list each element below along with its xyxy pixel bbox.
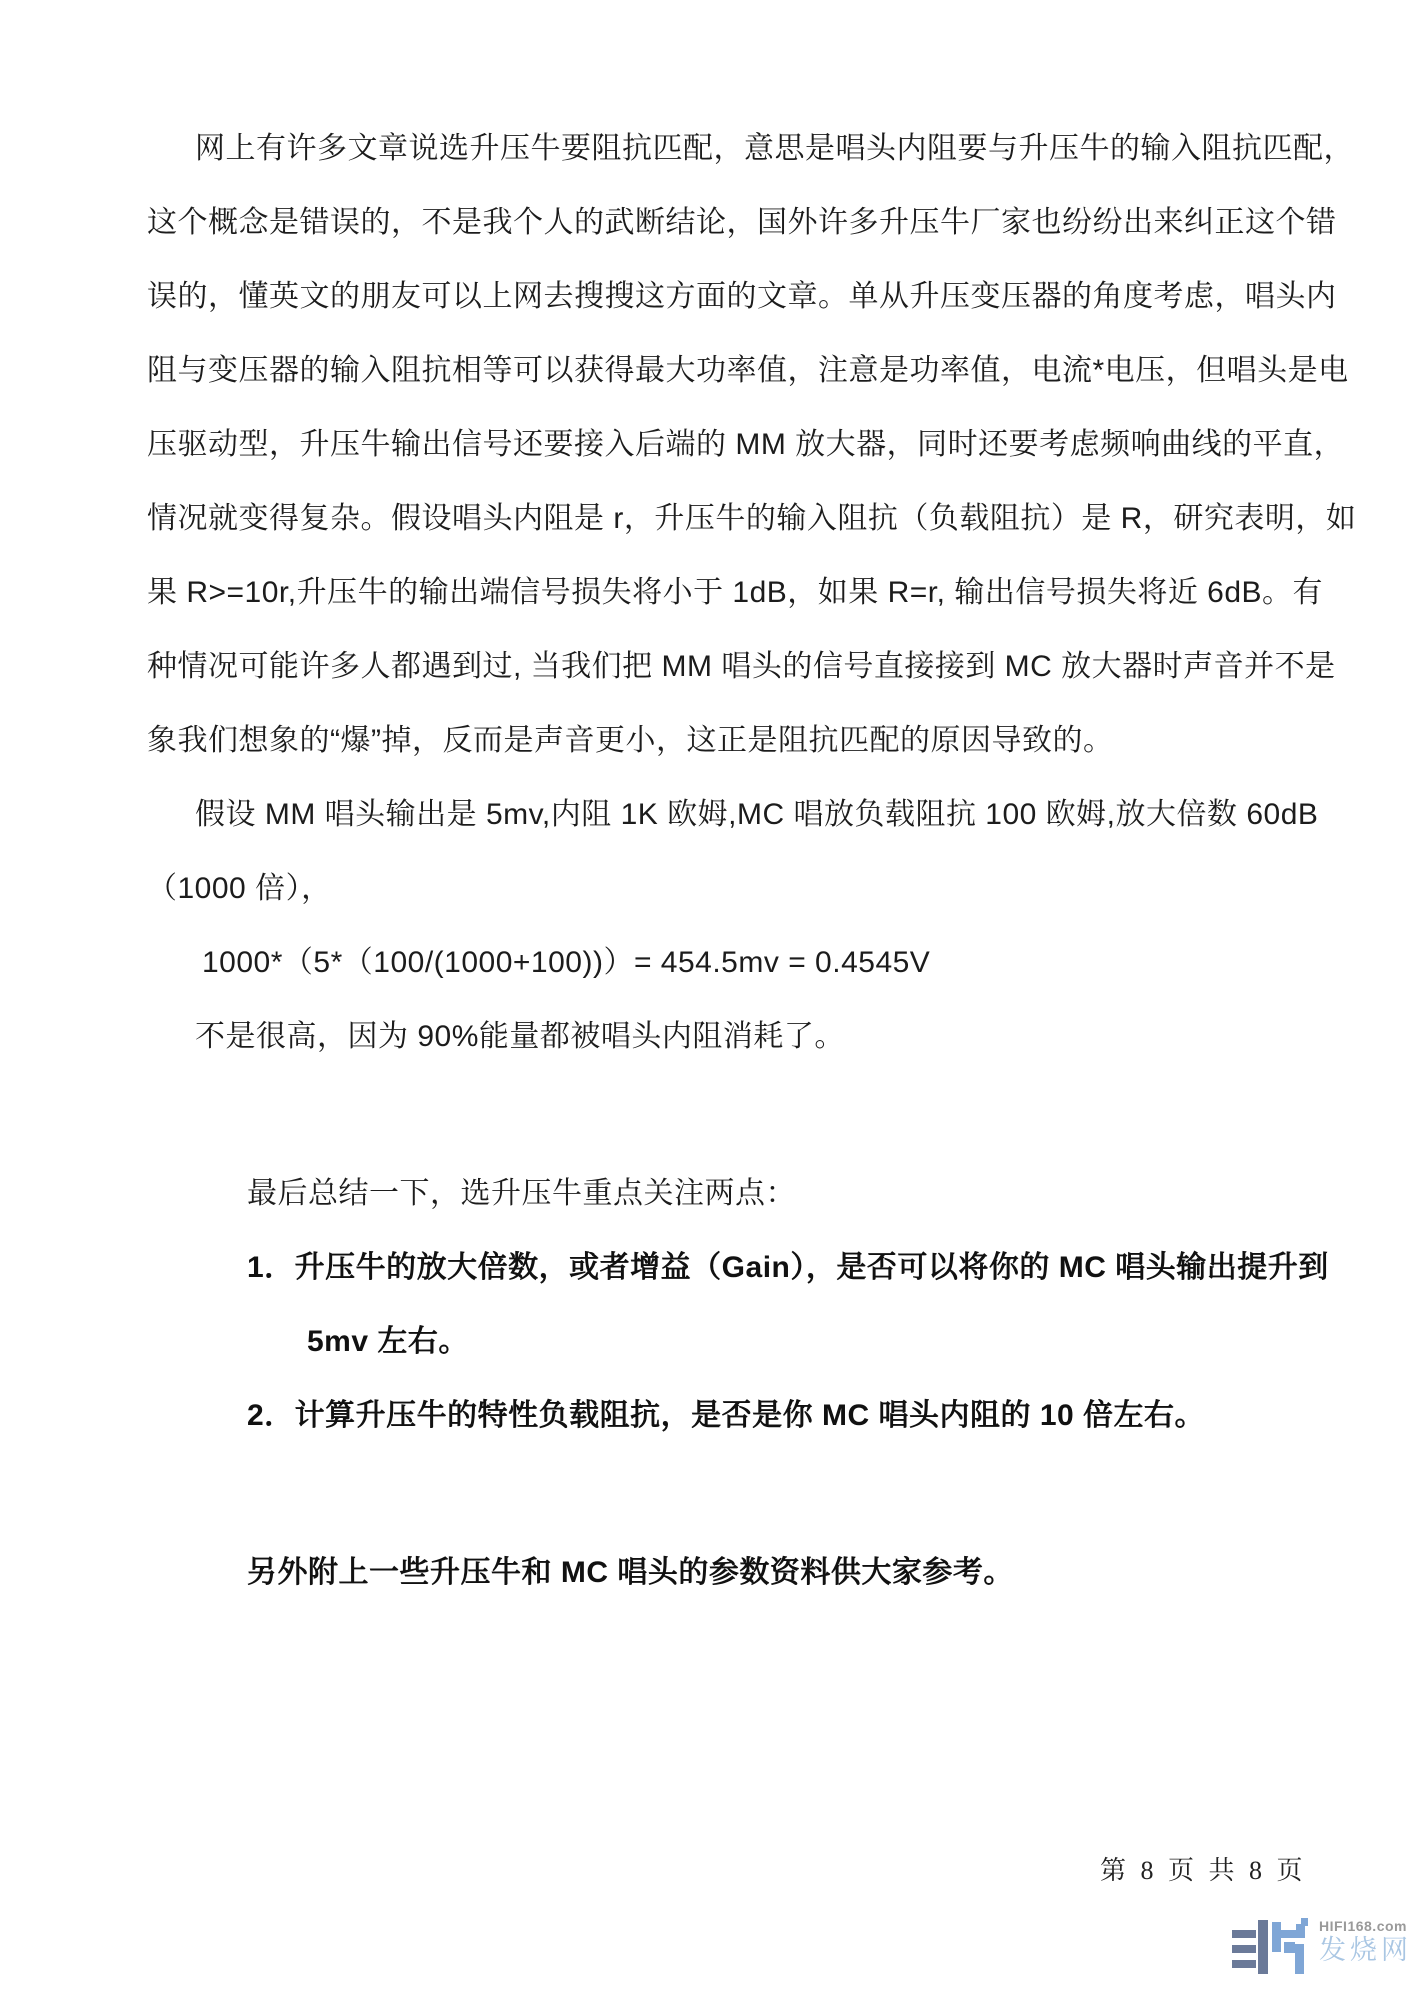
watermark-text: HIFI168.com 发烧网 bbox=[1319, 1918, 1412, 1966]
watermark-logo-icon bbox=[1232, 1918, 1312, 1976]
document-page: 网上有许多文章说选升压牛要阻抗匹配，意思是唱头内阻要与升压牛的输入阻抗匹配， 这… bbox=[0, 0, 1414, 2000]
calculation-line: 1000*（5*（100/(1000+100))）= 454.5mv = 0.4… bbox=[147, 926, 1277, 1000]
summary-heading: 最后总结一下，选升压牛重点关注两点： bbox=[147, 1157, 1277, 1231]
list-item-2: 2．计算升压牛的特性负载阻抗，是否是你 MC 唱头内阻的 10 倍左右。 bbox=[147, 1379, 1277, 1453]
paragraph-line: 网上有许多文章说选升压牛要阻抗匹配，意思是唱头内阻要与升压牛的输入阻抗匹配， bbox=[147, 112, 1277, 186]
paragraph-line: 压驱动型，升压牛输出信号还要接入后端的 MM 放大器，同时还要考虑频响曲线的平直… bbox=[147, 408, 1277, 482]
paragraph-line: 阻与变压器的输入阻抗相等可以获得最大功率值，注意是功率值，电流*电压，但唱头是电 bbox=[147, 334, 1277, 408]
paragraph-line: 误的，懂英文的朋友可以上网去搜搜这方面的文章。单从升压变压器的角度考虑，唱头内 bbox=[147, 260, 1277, 334]
list-item-1-continuation: 5mv 左右。 bbox=[147, 1305, 1277, 1379]
paragraph-line: 果 R>=10r,升压牛的输出端信号损失将小于 1dB，如果 R=r, 输出信号… bbox=[147, 556, 1277, 630]
list-item-1: 1．升压牛的放大倍数，或者增益（Gain），是否可以将你的 MC 唱头输出提升到 bbox=[147, 1231, 1277, 1305]
site-watermark: HIFI168.com 发烧网 bbox=[1232, 1918, 1412, 1976]
site-name: 发烧网 bbox=[1319, 1935, 1412, 1966]
closing-note: 另外附上一些升压牛和 MC 唱头的参数资料供大家参考。 bbox=[147, 1536, 1277, 1610]
document-body: 网上有许多文章说选升压牛要阻抗匹配，意思是唱头内阻要与升压牛的输入阻抗匹配， 这… bbox=[147, 112, 1277, 1610]
paragraph-line: 这个概念是错误的，不是我个人的武断结论，国外许多升压牛厂家也纷纷出来纠正这个错 bbox=[147, 186, 1277, 260]
paragraph-line: （1000 倍）， bbox=[147, 852, 1277, 926]
page-number-footer: 第 8 页 共 8 页 bbox=[1100, 1850, 1307, 1887]
paragraph-line: 情况就变得复杂。假设唱头内阻是 r，升压牛的输入阻抗（负载阻抗）是 R，研究表明… bbox=[147, 482, 1277, 556]
paragraph-line: 假设 MM 唱头输出是 5mv,内阻 1K 欧姆,MC 唱放负载阻抗 100 欧… bbox=[147, 778, 1277, 852]
paragraph-line: 象我们想象的“爆”掉，反而是声音更小，这正是阻抗匹配的原因导致的。 bbox=[147, 704, 1277, 778]
paragraph-line: 不是很高，因为 90%能量都被唱头内阻消耗了。 bbox=[147, 1000, 1277, 1074]
paragraph-line: 种情况可能许多人都遇到过, 当我们把 MM 唱头的信号直接接到 MC 放大器时声… bbox=[147, 630, 1277, 704]
site-url: HIFI168.com bbox=[1319, 1918, 1412, 1935]
